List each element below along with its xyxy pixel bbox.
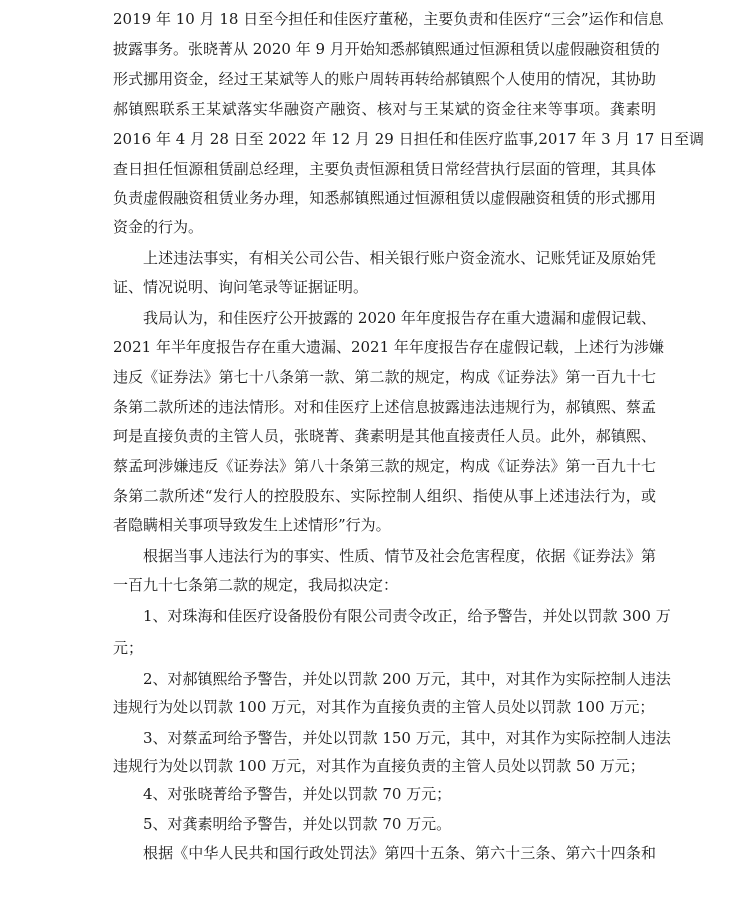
paragraph-line: 条第二款所述“发行人的控股股东、实际控制人组织、指使从事上述违法行为，或 — [113, 485, 656, 507]
paragraph-first-line: 5、对龚素明给予警告，并处以罚款 70 万元。 — [143, 813, 656, 835]
paragraph-line: 2019 年 10 月 18 日至今担任和佳医疗董秘，主要负责和佳医疗“三会”运… — [113, 8, 656, 30]
paragraph-line: 形式挪用资金，经过王某斌等人的账户周转再转给郝镇熙个人使用的情况，其协助 — [113, 68, 656, 90]
paragraph-line: 负责虚假融资租赁业务办理，知悉郝镇熙通过恒源租赁以虚假融资租赁的形式挪用 — [113, 187, 656, 209]
paragraph-line: 证、情况说明、询问笔录等证据证明。 — [113, 276, 656, 298]
paragraph-line: 者隐瞒相关事项导致发生上述情形”行为。 — [113, 514, 656, 536]
paragraph-line: 违规行为处以罚款 100 万元，对其作为直接负责的主管人员处以罚款 50 万元； — [113, 755, 656, 777]
paragraph-line: 条第二款所述的违法情形。对和佳医疗上述信息披露违法违规行为，郝镇熙、蔡孟 — [113, 396, 656, 418]
paragraph-line: 蔡孟珂涉嫌违反《证券法》第八十条第三款的规定，构成《证券法》第一百九十七 — [113, 455, 656, 477]
paragraph-first-line: 2、对郝镇熙给予警告，并处以罚款 200 万元，其中，对其作为实际控制人违法 — [143, 668, 656, 690]
paragraph-line: 元； — [113, 637, 656, 659]
paragraph-line: 违反《证券法》第七十八条第一款、第二款的规定，构成《证券法》第一百九十七 — [113, 366, 656, 388]
paragraph-first-line: 1、对珠海和佳医疗设备股份有限公司责令改正，给予警告，并处以罚款 300 万 — [143, 605, 656, 627]
paragraph-line: 2016 年 4 月 28 日至 2022 年 12 月 29 日担任和佳医疗监… — [113, 128, 656, 150]
paragraph-first-line: 我局认为，和佳医疗公开披露的 2020 年年度报告存在重大遗漏和虚假记载、 — [143, 307, 656, 329]
paragraph-first-line: 上述违法事实，有相关公司公告、相关银行账户资金流水、记账凭证及原始凭 — [143, 247, 656, 269]
paragraph-first-line: 根据当事人违法行为的事实、性质、情节及社会危害程度，依据《证券法》第 — [143, 545, 656, 567]
paragraph-line: 珂是直接负责的主管人员，张晓菁、龚素明是其他直接责任人员。此外，郝镇熙、 — [113, 425, 656, 447]
paragraph-first-line: 根据《中华人民共和国行政处罚法》第四十五条、第六十三条、第六十四条和 — [143, 842, 656, 864]
paragraph-first-line: 3、对蔡孟珂给予警告，并处以罚款 150 万元，其中，对其作为实际控制人违法 — [143, 727, 656, 749]
paragraph-line: 2021 年半年度报告存在重大遗漏、2021 年年度报告存在虚假记载，上述行为涉… — [113, 336, 656, 358]
paragraph-line: 一百九十七条第二款的规定，我局拟决定： — [113, 574, 656, 596]
paragraph-line: 披露事务。张晓菁从 2020 年 9 月开始知悉郝镇熙通过恒源租赁以虚假融资租赁… — [113, 38, 656, 60]
paragraph-line: 违规行为处以罚款 100 万元，对其作为直接负责的主管人员处以罚款 100 万元… — [113, 696, 656, 718]
paragraph-line: 郝镇熙联系王某斌落实华融资产融资、核对与王某斌的资金往来等事项。龚素明 — [113, 98, 656, 120]
paragraph-line: 资金的行为。 — [113, 216, 656, 238]
document-page: 2019 年 10 月 18 日至今担任和佳医疗董秘，主要负责和佳医疗“三会”运… — [0, 0, 749, 910]
paragraph-line: 查日担任恒源租赁副总经理，主要负责恒源租赁日常经营执行层面的管理，其具体 — [113, 158, 656, 180]
paragraph-first-line: 4、对张晓菁给予警告，并处以罚款 70 万元； — [143, 783, 656, 805]
